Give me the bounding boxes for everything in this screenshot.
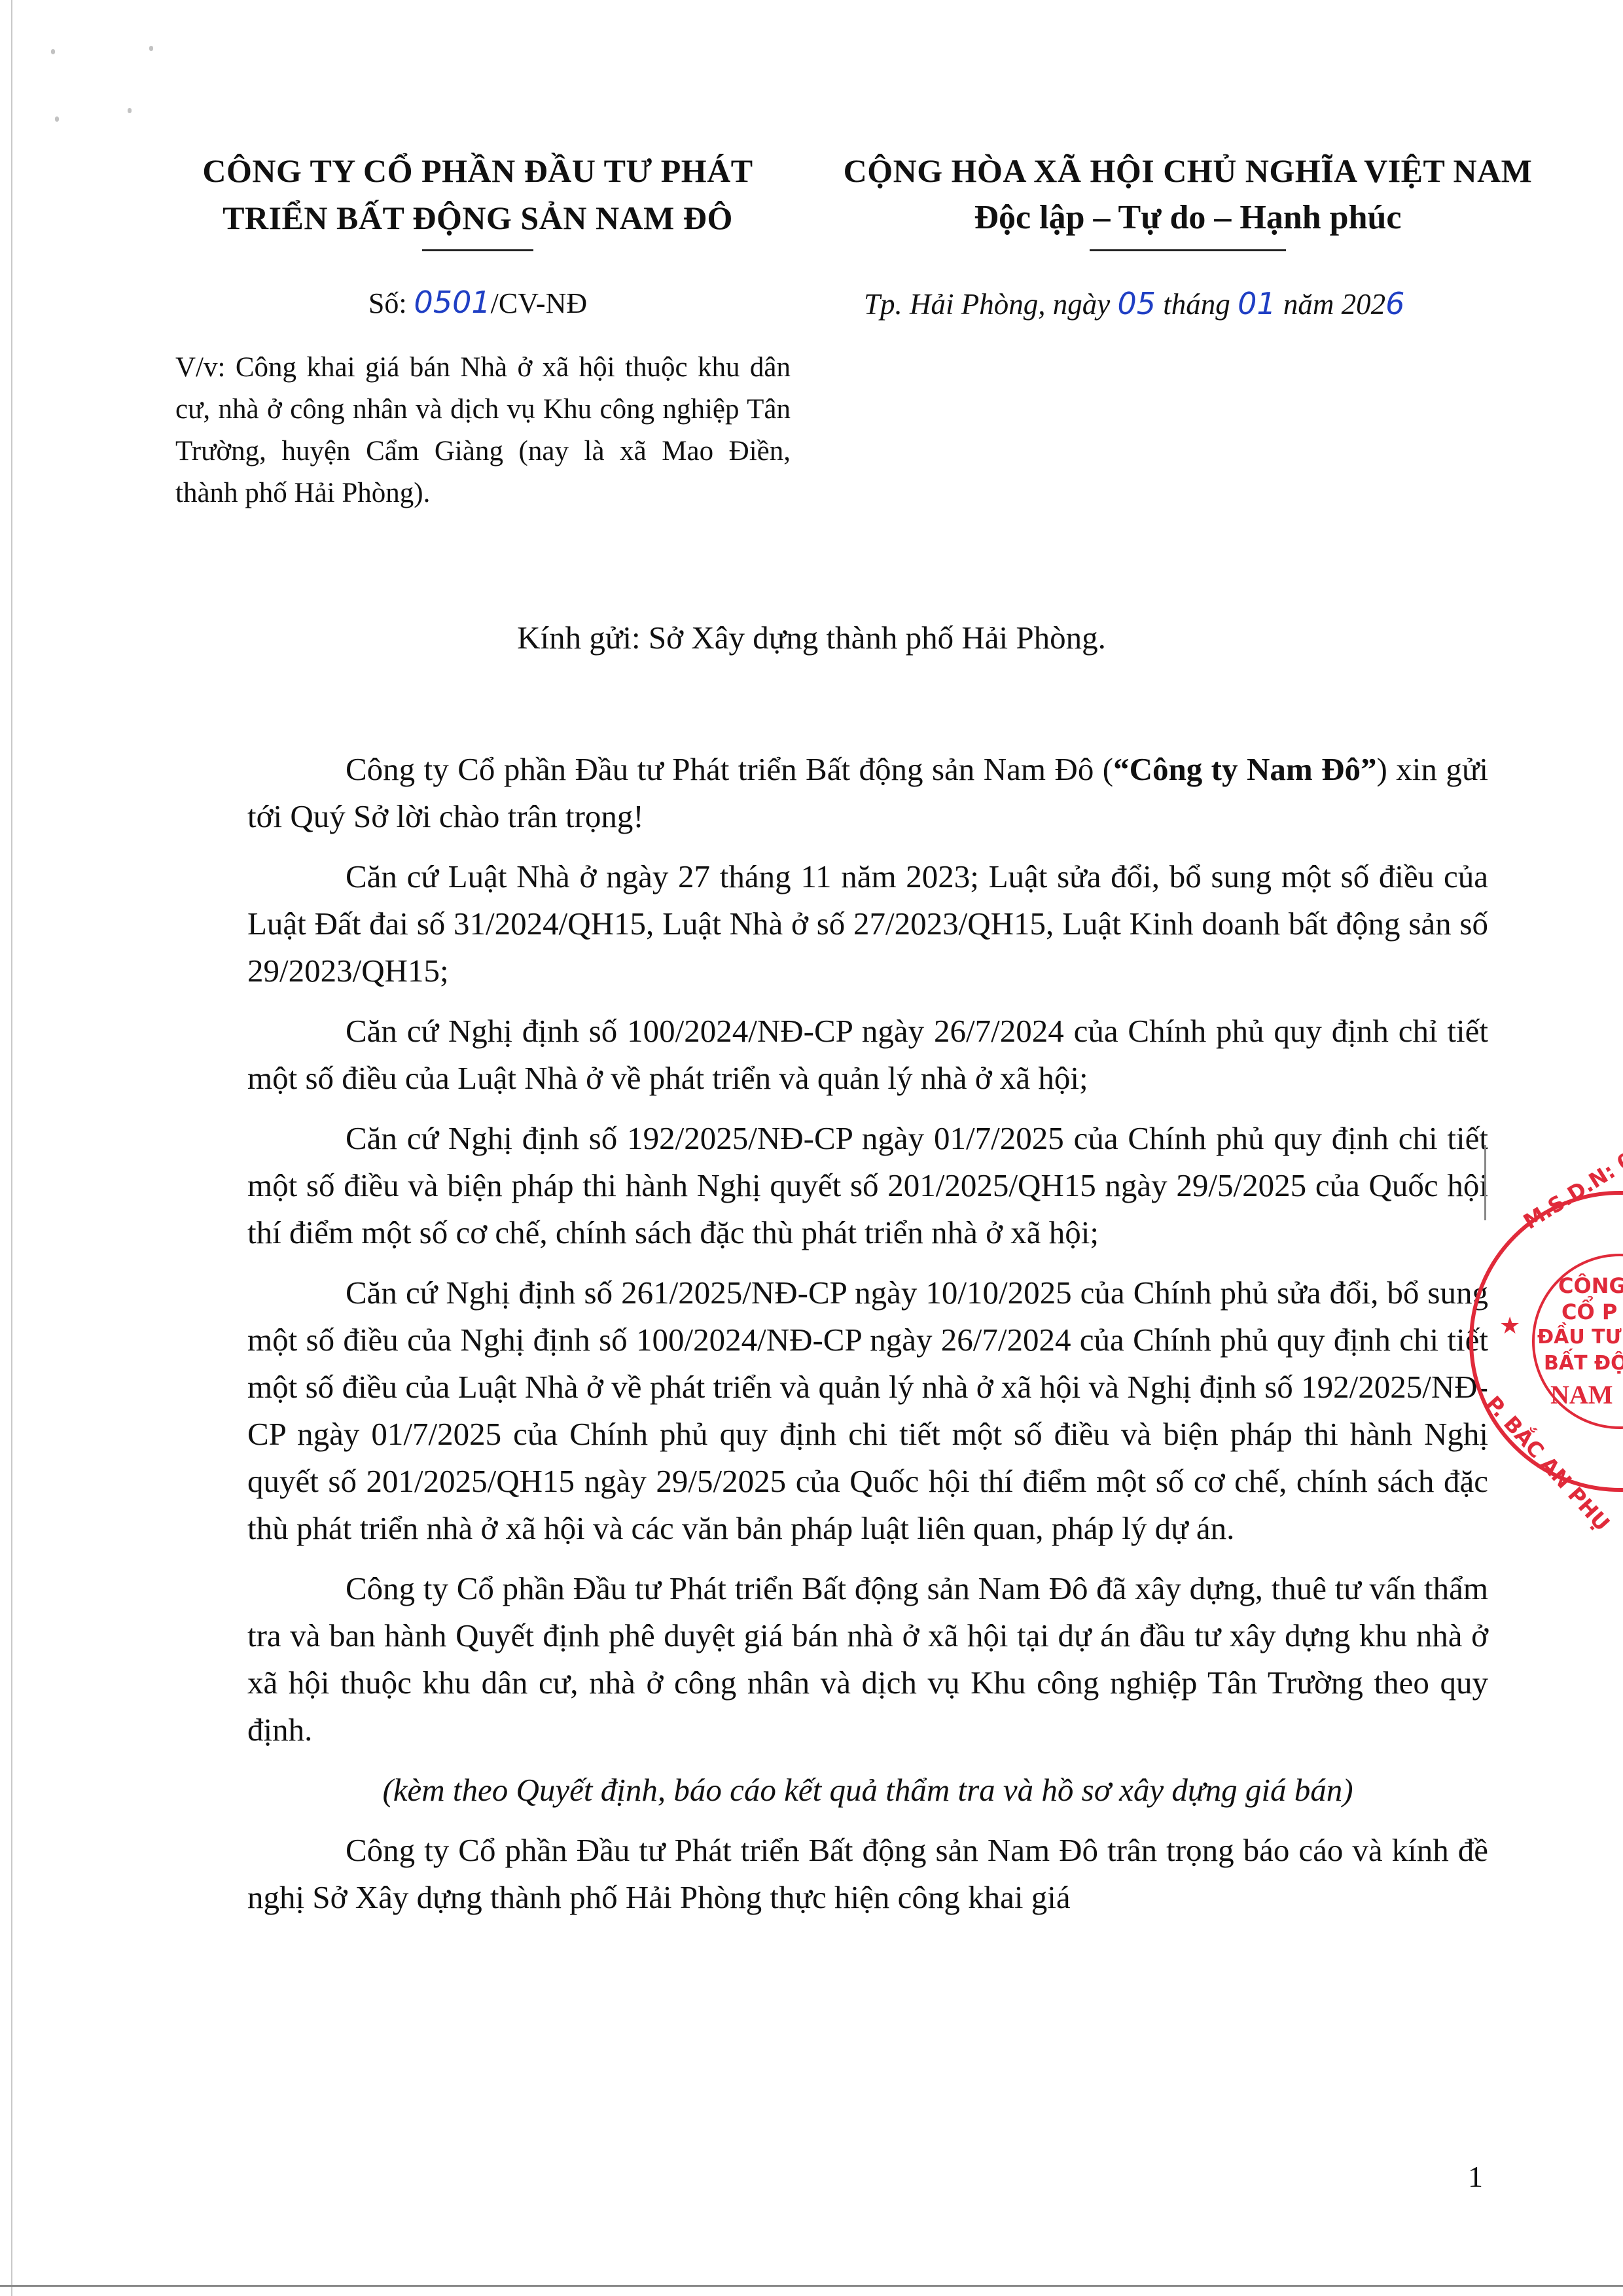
seal-star-icon: ★ (1499, 1313, 1520, 1339)
document-date: Tp. Hải Phòng, ngày 05 tháng 01 năm 2026 (864, 286, 1404, 321)
paragraph-greeting: Công ty Cổ phần Đầu tư Phát triển Bất độ… (247, 746, 1488, 840)
scan-speck (128, 108, 132, 113)
handwritten-number: 0501 (414, 285, 491, 320)
page-number: 1 (1468, 2159, 1483, 2194)
seal-ring-top-text: M.S.D.N: 080145 (1519, 1108, 1623, 1234)
margin-line (1484, 1145, 1486, 1220)
recipient-line: Kính gửi: Sở Xây dựng thành phố Hải Phòn… (0, 619, 1623, 656)
date-year-label: năm 202 (1276, 288, 1386, 321)
handwritten-year-digit: 6 (1385, 286, 1404, 321)
greeting-text: Công ty Cổ phần Đầu tư Phát triển Bất độ… (346, 751, 1113, 787)
national-motto: Độc lập – Tự do – Hạnh phúc (805, 194, 1571, 241)
date-month-label: tháng (1156, 288, 1238, 321)
paragraph-legal-basis-1: Căn cứ Luật Nhà ở ngày 27 tháng 11 năm 2… (247, 853, 1488, 995)
seal-line2: CỔ P (1561, 1299, 1617, 1324)
handwritten-day: 05 (1118, 286, 1156, 321)
issuer-name-line1: CÔNG TY CỔ PHẦN ĐẦU TƯ PHÁT (151, 147, 805, 194)
company-short-name: “Công ty Nam Đô” (1113, 751, 1376, 787)
paragraph-legal-basis-3: Căn cứ Nghị định số 192/2025/NĐ-CP ngày … (247, 1115, 1488, 1256)
paragraph-legal-basis-2: Căn cứ Nghị định số 100/2024/NĐ-CP ngày … (247, 1008, 1488, 1102)
seal-line4: BẤT ĐỘN (1544, 1352, 1623, 1375)
issuer-header: CÔNG TY CỔ PHẦN ĐẦU TƯ PHÁT TRIỂN BẤT ĐỘ… (151, 147, 805, 251)
seal-line1: CÔNG (1558, 1273, 1623, 1298)
issuer-underline (422, 249, 533, 251)
document-subject: V/v: Công khai giá bán Nhà ở xã hội thuộ… (175, 347, 791, 514)
paragraph-pricing: Công ty Cổ phần Đầu tư Phát triển Bất độ… (247, 1565, 1488, 1754)
scan-speck (51, 49, 55, 54)
letter-body: Công ty Cổ phần Đầu tư Phát triển Bất độ… (247, 746, 1488, 1934)
number-suffix: /CV-NĐ (491, 287, 588, 319)
scan-speck (55, 116, 59, 122)
paragraph-legal-basis-4: Căn cứ Nghị định số 261/2025/NĐ-CP ngày … (247, 1269, 1488, 1552)
paragraph-request: Công ty Cổ phần Đầu tư Phát triển Bất độ… (247, 1827, 1488, 1921)
number-label: Số: (368, 287, 414, 319)
handwritten-month: 01 (1238, 286, 1276, 321)
scan-speck (149, 46, 153, 51)
nation-name: CỘNG HÒA XÃ HỘI CHỦ NGHĨA VIỆT NAM (805, 147, 1571, 194)
seal-line3: ĐẦU TƯ PH (1537, 1326, 1623, 1349)
date-place: Tp. Hải Phòng, ngày (864, 288, 1118, 321)
company-seal-icon: M.S.D.N: 080145 P. BẮC AN PHỤ ★ CÔNG CỔ … (1469, 1191, 1623, 1492)
scan-edge-bottom (0, 2285, 1623, 2287)
national-header: CỘNG HÒA XÃ HỘI CHỦ NGHĨA VIỆT NAM Độc l… (805, 147, 1571, 251)
attachment-note: (kèm theo Quyết định, báo cáo kết quả th… (247, 1767, 1488, 1814)
seal-line5: NAM (1550, 1379, 1613, 1410)
document-number: Số: 0501/CV-NĐ (151, 285, 805, 320)
issuer-name-line2: TRIỂN BẤT ĐỘNG SẢN NAM ĐÔ (151, 194, 805, 241)
scan-edge (11, 0, 12, 2296)
motto-underline (1090, 249, 1286, 251)
